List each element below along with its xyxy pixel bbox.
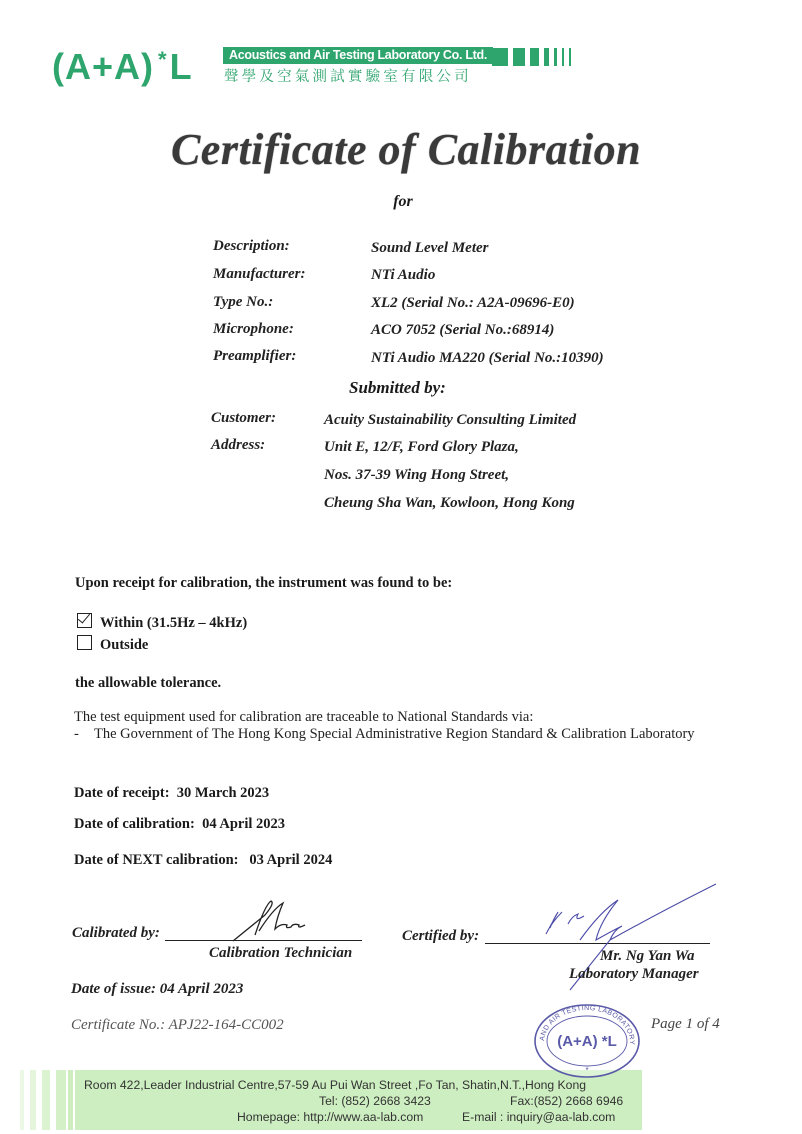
svg-text:*: * bbox=[585, 1066, 588, 1075]
footer-homepage: Homepage: http://www.aa-lab.com bbox=[237, 1108, 423, 1126]
certified-by-role: Laboratory Manager bbox=[569, 966, 699, 983]
receipt-outro: the allowable tolerance. bbox=[75, 675, 221, 692]
traceability-bullet: - The Government of The Hong Kong Specia… bbox=[74, 726, 724, 743]
manufacturer-label: Manufacturer: bbox=[213, 266, 306, 283]
certified-by-label: Certified by: bbox=[402, 928, 479, 945]
option-outside-label: Outside bbox=[100, 637, 148, 653]
date-of-receipt-value: 30 March 2023 bbox=[177, 785, 269, 801]
certificate-number: Certificate No.: APJ22-164-CC002 bbox=[71, 1017, 284, 1034]
date-of-issue-label: Date of issue: bbox=[71, 981, 156, 997]
date-of-receipt-label: Date of receipt: bbox=[74, 785, 170, 801]
receipt-intro: Upon receipt for calibration, the instru… bbox=[75, 575, 452, 592]
address-line-1: Unit E, 12/F, Ford Glory Plaza, bbox=[324, 439, 519, 456]
logo-text: (A+A) bbox=[52, 46, 154, 87]
microphone-label: Microphone: bbox=[213, 321, 294, 338]
footer-email: E-mail : inquiry@aa-lab.com bbox=[462, 1108, 615, 1126]
date-of-calibration: Date of calibration: 04 April 2023 bbox=[74, 816, 285, 833]
date-of-calibration-value: 04 April 2023 bbox=[202, 816, 285, 832]
outside-checkbox-icon bbox=[77, 635, 92, 650]
submitted-by-heading: Submitted by: bbox=[349, 378, 446, 398]
traceability-intro: The test equipment used for calibration … bbox=[74, 709, 724, 726]
option-outside: Outside bbox=[77, 635, 148, 654]
address-line-2: Nos. 37-39 Wing Hong Street, bbox=[324, 467, 509, 484]
calibrated-by-role: Calibration Technician bbox=[209, 945, 352, 962]
company-name-en: Acoustics and Air Testing Laboratory Co.… bbox=[223, 47, 493, 64]
customer-value: Acuity Sustainability Consulting Limited bbox=[324, 412, 576, 429]
for-label: for bbox=[0, 193, 802, 211]
traceability-statement: The test equipment used for calibration … bbox=[74, 709, 724, 743]
logo-letter: L bbox=[170, 46, 193, 87]
option-within: Within (31.5Hz – 4kHz) bbox=[77, 613, 247, 632]
type-no-label: Type No.: bbox=[213, 294, 273, 311]
date-of-issue: Date of issue: 04 April 2023 bbox=[71, 981, 243, 998]
logo-star: * bbox=[158, 47, 168, 72]
microphone-value: ACO 7052 (Serial No.:68914) bbox=[371, 322, 554, 339]
option-within-label: Within (31.5Hz – 4kHz) bbox=[100, 615, 247, 631]
logo-bars-decoration bbox=[492, 48, 571, 66]
company-name-zh: 聲學及空氣測試實驗室有限公司 bbox=[224, 68, 472, 86]
company-stamp: AND AIR TESTING LABORATORY (A+A) *L * bbox=[532, 1003, 642, 1073]
footer: Room 422,Leader Industrial Centre,57-59 … bbox=[20, 1070, 642, 1130]
address-line-3: Cheung Sha Wan, Kowloon, Hong Kong bbox=[324, 495, 575, 512]
certified-by-name: Mr. Ng Yan Wa bbox=[600, 948, 695, 965]
document-title: Certificate of Calibration bbox=[0, 124, 802, 175]
manufacturer-value: NTi Audio bbox=[371, 267, 435, 284]
date-of-receipt: Date of receipt: 30 March 2023 bbox=[74, 785, 269, 802]
date-of-next-calibration: Date of NEXT calibration: 03 April 2024 bbox=[74, 852, 332, 869]
customer-label: Customer: bbox=[211, 410, 276, 427]
date-of-next-calibration-label: Date of NEXT calibration: bbox=[74, 852, 238, 868]
preamplifier-label: Preamplifier: bbox=[213, 348, 296, 365]
date-of-next-calibration-value: 03 April 2024 bbox=[249, 852, 332, 868]
calibrated-by-label: Calibrated by: bbox=[72, 925, 160, 942]
address-label: Address: bbox=[211, 437, 265, 454]
stamp-seal-icon: AND AIR TESTING LABORATORY (A+A) *L * bbox=[532, 1003, 642, 1079]
preamplifier-value: NTi Audio MA220 (Serial No.:10390) bbox=[371, 350, 604, 367]
stamp-center-text: (A+A) *L bbox=[557, 1033, 617, 1050]
bullet-dash: - bbox=[74, 726, 94, 743]
within-checkbox-icon bbox=[77, 613, 92, 628]
technician-signature-icon bbox=[225, 895, 345, 945]
description-value: Sound Level Meter bbox=[371, 240, 489, 257]
date-of-issue-value: 04 April 2023 bbox=[160, 981, 244, 997]
date-of-calibration-label: Date of calibration: bbox=[74, 816, 195, 832]
description-label: Description: bbox=[213, 238, 290, 255]
company-logo: (A+A)*L bbox=[52, 40, 193, 87]
page-indicator: Page 1 of 4 bbox=[651, 1016, 720, 1033]
type-no-value: XL2 (Serial No.: A2A-09696-E0) bbox=[371, 295, 575, 312]
traceability-bullet-text: The Government of The Hong Kong Special … bbox=[94, 726, 695, 743]
